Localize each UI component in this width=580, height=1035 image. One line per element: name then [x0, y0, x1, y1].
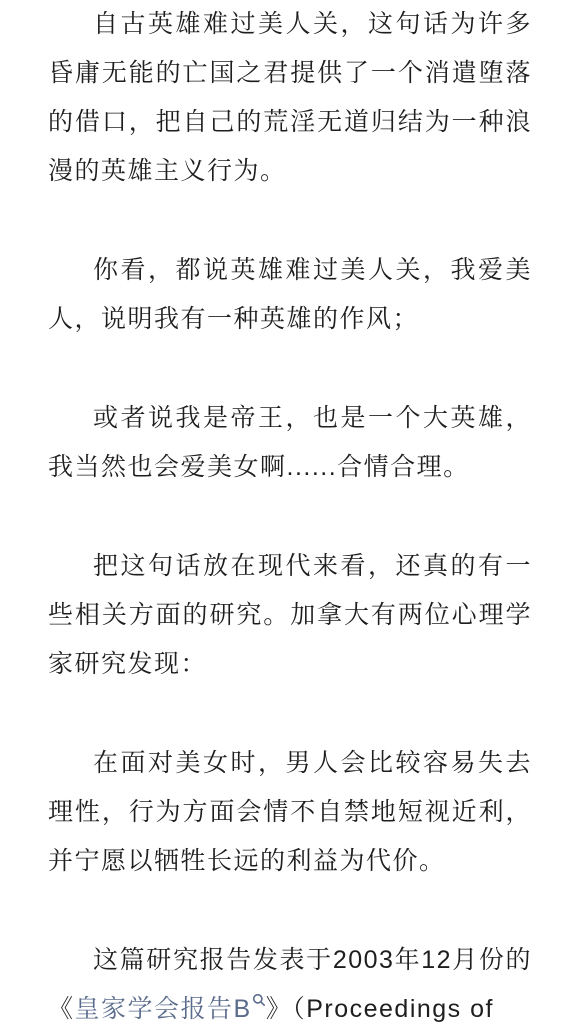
reference-text-after: 》（Proceedings of	[266, 995, 494, 1023]
article-body: 自古英雄难过美人关，这句话为许多昏庸无能的亡国之君提供了一个消遣堕落的借口，把自…	[0, 0, 580, 1034]
paragraph-2: 你看，都说英雄难过美人关，我爱美人，说明我有一种英雄的作风；	[48, 246, 532, 344]
reference-link-label: 皇家学会报告B	[75, 995, 252, 1023]
search-icon	[252, 993, 266, 1007]
paragraph-reference: 这篇研究报告发表于2003年12月份的《皇家学会报告B 》（Proceeding…	[48, 936, 532, 1034]
paragraph-1: 自古英雄难过美人关，这句话为许多昏庸无能的亡国之君提供了一个消遣堕落的借口，把自…	[48, 0, 532, 196]
paragraph-5: 在面对美女时，男人会比较容易失去理性，行为方面会情不自禁地短视近利，并宁愿以牺牲…	[48, 739, 532, 886]
paragraph-4: 把这句话放在现代来看，还真的有一些相关方面的研究。加拿大有两位心理学家研究发现：	[48, 542, 532, 689]
reference-link[interactable]: 皇家学会报告B	[75, 995, 266, 1023]
paragraph-3: 或者说我是帝王，也是一个大英雄，我当然也会爱美女啊......合情合理。	[48, 394, 532, 492]
